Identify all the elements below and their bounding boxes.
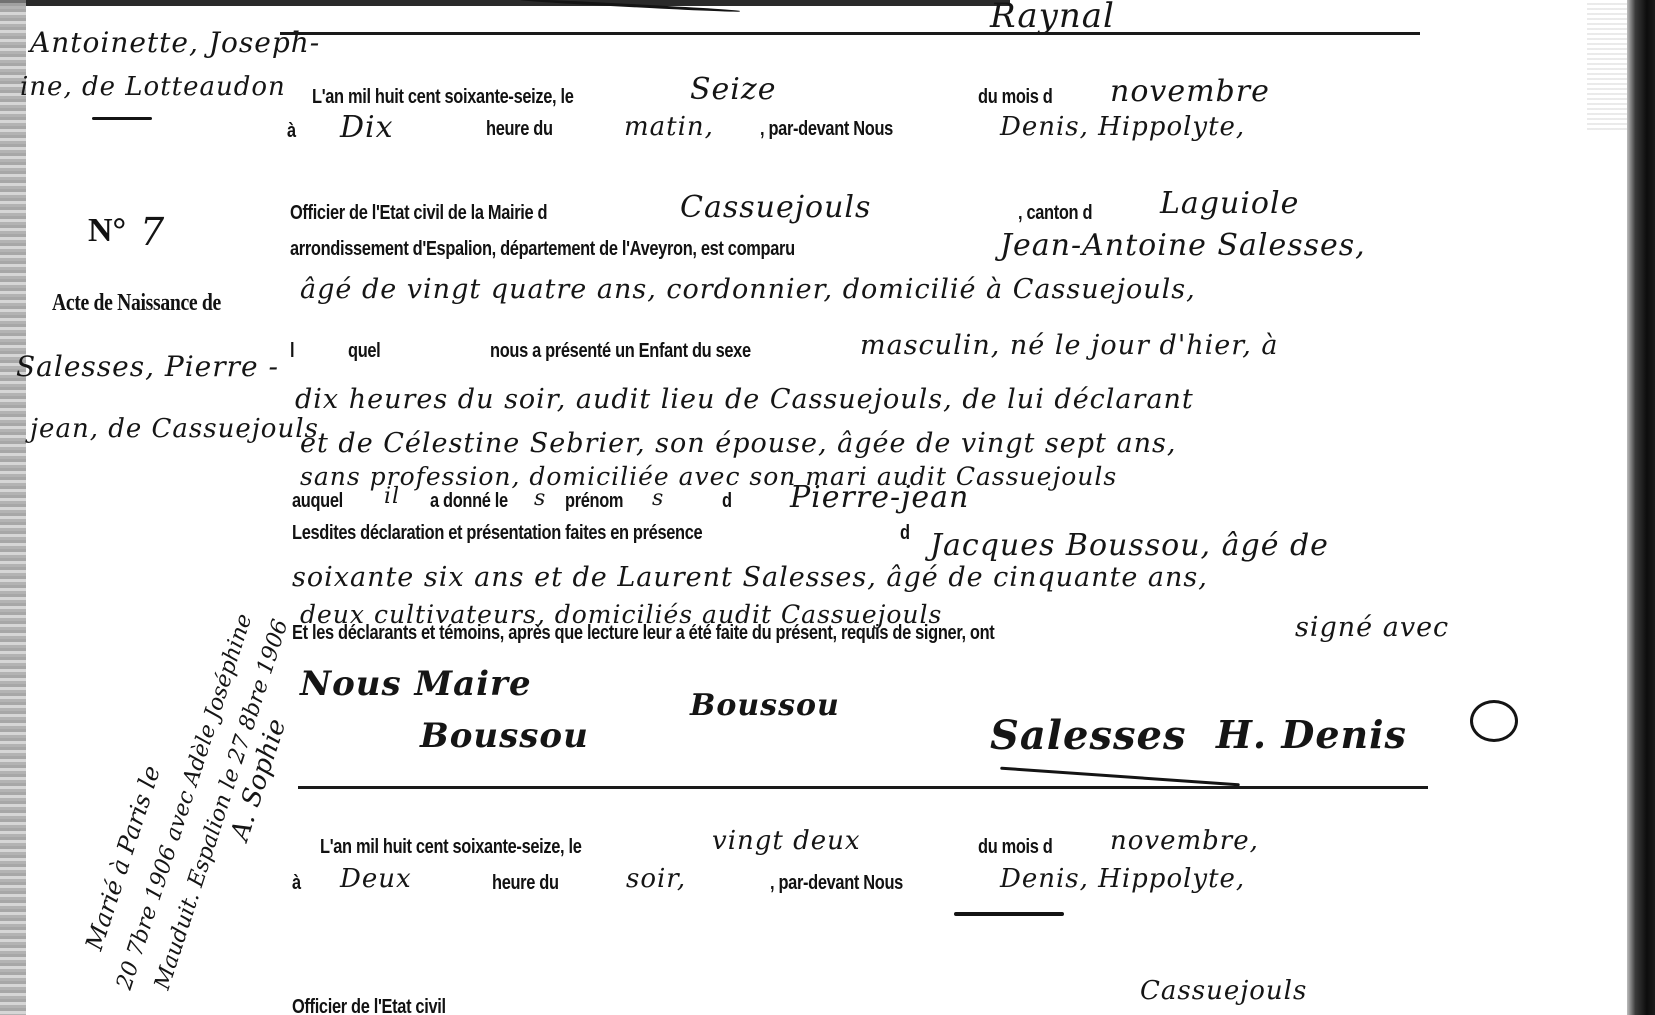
act1-line10-hand-b: s — [534, 486, 546, 511]
act2-line1-print-b: du mois d — [978, 836, 1052, 859]
signature-boussou-1: Boussou — [420, 716, 589, 756]
act2-line2-a: à — [292, 872, 301, 895]
act1-line10-hand-a: il — [384, 484, 400, 509]
child-name-line1: Salesses, Pierre - — [16, 350, 279, 383]
act1-canton: Laguiole — [1160, 186, 1299, 221]
act2-line3-partial: Officier de l'Etat civil — [292, 996, 446, 1015]
section-divider-top — [280, 32, 1420, 35]
act1-line3-a: Officier de l'Etat civil de la Mairie d — [290, 202, 547, 225]
signature-h-denis: H. Denis — [1216, 712, 1407, 757]
signature-salesses: Salesses — [990, 712, 1186, 759]
act1-sex: masculin, né le jour d'hier, à — [860, 330, 1278, 361]
act1-line2-a: à — [287, 120, 296, 143]
act1-line5: âgé de vingt quatre ans, cordonnier, dom… — [300, 274, 1196, 305]
act-number-label: N° — [88, 212, 126, 250]
child-name-line2: jean, de Cassuejouls — [30, 414, 319, 444]
underline-stroke — [92, 117, 152, 120]
act1-line2-c: , par-devant Nous — [760, 118, 893, 141]
act1-line4: arrondissement d'Espalion, département d… — [290, 238, 795, 261]
signature-boussou-2: Boussou — [690, 688, 840, 723]
act1-declarant: Jean-Antoine Salesses, — [1000, 228, 1366, 263]
act1-line10-c: prénom — [565, 490, 623, 513]
act1-line1-print: L'an mil huit cent soixante-seize, le — [312, 86, 574, 109]
signature-flourish — [1000, 767, 1240, 787]
act1-witness1: Jacques Boussou, âgé de — [930, 528, 1329, 563]
page-binding-shadow-left — [0, 0, 26, 1015]
act2-month: novembre, — [1110, 826, 1259, 856]
act1-line9: sans profession, domiciliée avec son mar… — [300, 462, 1117, 491]
act1-line1-print-b: du mois d — [978, 86, 1052, 109]
act2-line1-print: L'an mil huit cent soixante-seize, le — [320, 836, 582, 859]
act1-line14-hand: signé avec — [1295, 612, 1449, 643]
act1-given-names: Pierre-jean — [790, 480, 969, 515]
act1-period: matin, — [624, 112, 714, 142]
page-edge-shadow-right — [1627, 0, 1655, 1015]
act1-line6-b: quel — [348, 340, 380, 363]
act1-officer-name: Denis, Hippolyte, — [1000, 112, 1245, 142]
act1-line12: soixante six ans et de Laurent Salesses,… — [292, 562, 1208, 593]
act2-line2-c: , par-devant Nous — [770, 872, 903, 895]
act1-line11: Lesdites déclaration et présentation fai… — [292, 522, 702, 545]
act1-line8: et de Célestine Sebrier, son épouse, âgé… — [300, 428, 1176, 459]
act2-officer-name: Denis, Hippolyte, — [1000, 864, 1245, 894]
act1-month: novembre — [1110, 74, 1270, 109]
scan-top-edge — [0, 0, 1010, 6]
act1-line6-a: l — [290, 340, 294, 363]
act1-hour: Dix — [340, 110, 394, 145]
signature-maire: Nous Maire — [300, 664, 532, 704]
act1-line2-b: heure du — [486, 118, 553, 141]
act1-line10-a: auquel — [292, 490, 343, 513]
margin-text-top-line2: ine, de Lotteaudon — [20, 72, 286, 102]
act1-day: Seize — [690, 72, 776, 107]
act1-line10-b: a donné le — [430, 490, 508, 513]
scan-noise — [1587, 0, 1627, 130]
act1-mairie: Cassuejouls — [680, 190, 871, 225]
signature-raynal: Raynal — [990, 0, 1115, 36]
act1-line14: Et les déclarants et témoins, après que … — [292, 622, 994, 645]
act2-period: soir, — [626, 864, 686, 894]
blank-line-stroke — [954, 912, 1064, 916]
act1-line7: dix heures du soir, audit lieu de Cassue… — [295, 384, 1194, 415]
act-number-value: 7 — [140, 210, 165, 254]
act2-line2-b: heure du — [492, 872, 559, 895]
act2-hour: Deux — [340, 864, 412, 894]
signature-paraph — [1470, 700, 1518, 742]
section-divider — [298, 786, 1428, 789]
margin-text-top-line1: Antoinette, Joseph- — [30, 26, 320, 59]
act1-line10-d: d — [722, 490, 732, 513]
act2-line3-hand-partial: Cassuejouls — [1140, 976, 1307, 1006]
act1-line10-hand-c: s — [652, 486, 664, 511]
act2-day: vingt deux — [712, 826, 861, 856]
act1-line3-b: , canton d — [1018, 202, 1092, 225]
act1-line11-b: d — [900, 522, 910, 545]
act1-line6-c: nous a présenté un Enfant du sexe — [490, 340, 751, 363]
act-title: Acte de Naissance de — [52, 290, 221, 317]
